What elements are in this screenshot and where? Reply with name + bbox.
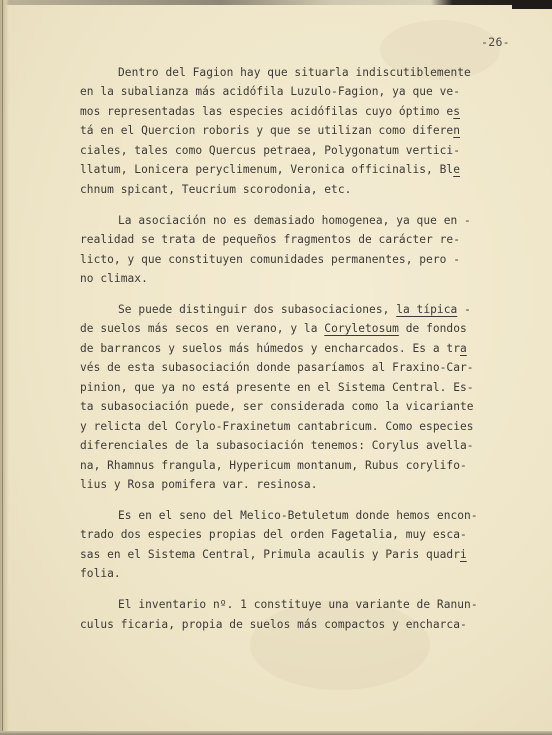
line-text: vés de esta subasociación donde pasaríam… bbox=[80, 361, 474, 374]
line-text: licto, y que constituyen comunidades per… bbox=[80, 253, 460, 266]
scan-top-edge bbox=[0, 0, 552, 5]
underlined-syllable: e bbox=[453, 163, 460, 176]
text-line: ta subasociación puede, ser considerada … bbox=[80, 400, 474, 414]
line-text: en la subalianza más acidófila Luzulo-Fa… bbox=[80, 85, 460, 98]
text-line: de suelos más secos en verano, y la Cory… bbox=[80, 322, 467, 336]
line-text: de barrancos y suelos más húmedos y ench… bbox=[80, 342, 460, 355]
paper-stain bbox=[250, 600, 430, 690]
document-page: -26- Dentro del Fagion hay que situarla … bbox=[0, 0, 552, 735]
text-line: Es en el seno del Melico-Betuletum donde… bbox=[118, 509, 478, 523]
line-text: chnum spicant, Teucrium scorodonia, etc. bbox=[80, 183, 351, 196]
line-text: llatum, Lonicera peryclimenum, Veronica … bbox=[80, 163, 453, 176]
text-line: de barrancos y suelos más húmedos y ench… bbox=[80, 342, 467, 356]
line-text: La asociación no es demasiado homogenea,… bbox=[118, 214, 471, 227]
line-text: Se puede distinguir dos subasociaciones, bbox=[118, 303, 396, 316]
text-line: ciales, tales como Quercus petraea, Poly… bbox=[80, 144, 460, 158]
text-line: pinion, que ya no está presente en el Si… bbox=[80, 381, 474, 395]
text-line: tá en el Quercion roboris y que se utili… bbox=[80, 124, 460, 138]
line-text: de suelos más secos en verano, y la bbox=[80, 322, 324, 335]
underlined-term: la típica bbox=[396, 303, 457, 316]
line-text: Dentro del Fagion hay que situarla indis… bbox=[118, 66, 471, 79]
text-line: El inventario nº. 1 constituye una varia… bbox=[118, 598, 478, 612]
underlined-syllable: n bbox=[453, 124, 460, 137]
underlined-term: Coryletosum bbox=[324, 322, 399, 335]
text-line: diferenciales de la subasociación tenemo… bbox=[80, 439, 474, 453]
line-text: lius y Rosa pomifera var. resinosa. bbox=[80, 478, 318, 491]
line-text: no climax. bbox=[80, 272, 148, 285]
line-text: El inventario nº. 1 constituye una varia… bbox=[118, 598, 478, 611]
text-line: mos representadas las especies acidófila… bbox=[80, 105, 460, 119]
text-line: chnum spicant, Teucrium scorodonia, etc. bbox=[80, 183, 351, 197]
text-line: vés de esta subasociación donde pasaríam… bbox=[80, 361, 474, 375]
line-text-after: - bbox=[457, 303, 471, 316]
text-line: trado dos especies propias del orden Fag… bbox=[80, 528, 467, 542]
scan-bottom-edge bbox=[0, 731, 552, 735]
text-line: culus ficaria, propia de suelos más comp… bbox=[80, 618, 467, 632]
line-text: realidad se trata de pequeños fragmentos… bbox=[80, 233, 460, 246]
text-line: lius y Rosa pomifera var. resinosa. bbox=[80, 478, 318, 492]
line-text: sas en el Sistema Central, Primula acaul… bbox=[80, 548, 460, 561]
line-text: ciales, tales como Quercus petraea, Poly… bbox=[80, 144, 460, 157]
text-line: Dentro del Fagion hay que situarla indis… bbox=[118, 66, 471, 80]
line-text: ta subasociación puede, ser considerada … bbox=[80, 400, 474, 413]
text-line: y relicta del Corylo-Fraxinetum cantabri… bbox=[80, 420, 474, 434]
underlined-syllable: s bbox=[453, 105, 460, 118]
text-line: na, Rhamnus frangula, Hypericum montanum… bbox=[80, 459, 467, 473]
line-text: trado dos especies propias del orden Fag… bbox=[80, 528, 467, 541]
line-text: folia. bbox=[80, 567, 121, 580]
text-line: licto, y que constituyen comunidades per… bbox=[80, 253, 460, 267]
underlined-syllable: i bbox=[460, 548, 467, 561]
line-text: na, Rhamnus frangula, Hypericum montanum… bbox=[80, 459, 467, 472]
line-text-after: de fondos bbox=[399, 322, 467, 335]
text-line: Se puede distinguir dos subasociaciones,… bbox=[118, 303, 471, 317]
text-line: La asociación no es demasiado homogenea,… bbox=[118, 214, 471, 228]
line-text: tá en el Quercion roboris y que se utili… bbox=[80, 124, 453, 137]
text-line: realidad se trata de pequeños fragmentos… bbox=[80, 233, 460, 247]
text-line: folia. bbox=[80, 567, 121, 581]
text-line: sas en el Sistema Central, Primula acaul… bbox=[80, 548, 467, 562]
line-text: Es en el seno del Melico-Betuletum donde… bbox=[118, 509, 478, 522]
line-text: y relicta del Corylo-Fraxinetum cantabri… bbox=[80, 420, 474, 433]
page-number: -26- bbox=[481, 35, 510, 49]
scan-corner-shadow bbox=[512, 0, 552, 9]
line-text: mos representadas las especies acidófila… bbox=[80, 105, 453, 118]
line-text: pinion, que ya no está presente en el Si… bbox=[80, 381, 474, 394]
text-line: no climax. bbox=[80, 272, 148, 286]
text-line: en la subalianza más acidófila Luzulo-Fa… bbox=[80, 85, 460, 99]
binding-line bbox=[2, 0, 3, 735]
underlined-syllable: a bbox=[460, 342, 467, 355]
text-line: llatum, Lonicera peryclimenum, Veronica … bbox=[80, 163, 460, 177]
line-text: diferenciales de la subasociación tenemo… bbox=[80, 439, 474, 452]
line-text: culus ficaria, propia de suelos más comp… bbox=[80, 618, 467, 631]
